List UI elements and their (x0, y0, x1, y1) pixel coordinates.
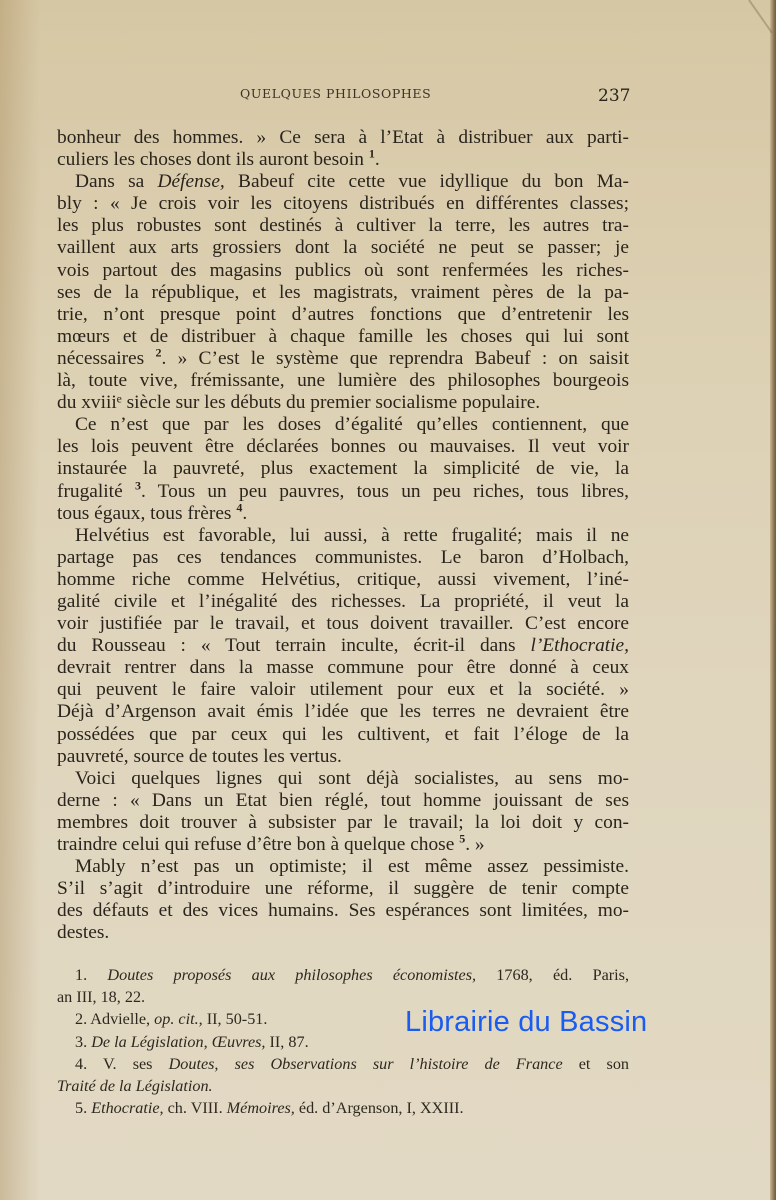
text-line: homme riche comme Helvétius, critique, a… (57, 569, 629, 591)
text-line: galité civile et l’inégalité des richess… (57, 591, 629, 613)
text-line: les plus robustes sont destinés à cultiv… (57, 215, 629, 237)
text-line: partage pas ces tendances communistes. L… (57, 547, 629, 569)
text-line: trie, n’ont presque point d’autres fonct… (57, 304, 629, 326)
text-line: frugalité 3. Tous un peu pauvres, tous u… (57, 481, 629, 503)
text-line: là, toute vive, frémissante, une lumière… (57, 370, 629, 392)
paragraph-start: Helvétius est favorable, lui aussi, à re… (57, 525, 629, 547)
text-line: possédées que par ceux qui les cultivent… (57, 724, 629, 746)
text-line: voir justifiée par le travail, et tous d… (57, 613, 629, 635)
text-line: bly : « Je crois voir les citoyens distr… (57, 193, 629, 215)
text-line: ses de la république, et les magistrats,… (57, 282, 629, 304)
text-line: qui peuvent le faire valoir utilement po… (57, 679, 629, 701)
footnotes: 1. Doutes proposés aux philosophes écono… (57, 964, 629, 1119)
paragraph-start: Dans sa Défense, Babeuf cite cette vue i… (57, 171, 629, 193)
text-line: pauvreté, source de toutes les vertus. (57, 746, 629, 768)
text-line: bonheur des hommes. » Ce sera à l’Etat à… (57, 127, 629, 149)
text-line: des défauts et des vices humains. Ses es… (57, 900, 629, 922)
paragraph-start: Mably n’est pas un optimiste; il est mêm… (57, 856, 629, 878)
footnote-1: 1. Doutes proposés aux philosophes écono… (57, 964, 629, 986)
text-line: tous égaux, tous frères 4. (57, 503, 629, 525)
paragraph-start: Ce n’est que par les doses d’égalité qu’… (57, 414, 629, 436)
text-line: mœurs et de distribuer à chaque famille … (57, 326, 629, 348)
text-line: Déjà d’Argenson avait émis l’idée que le… (57, 701, 629, 723)
text-line: traindre celui qui refuse d’être bon à q… (57, 834, 629, 856)
footnote-4-cont: Traité de la Législation. (57, 1075, 629, 1097)
text-line: destes. (57, 922, 629, 944)
text-line: nécessaires 2. » C’est le système que re… (57, 348, 629, 370)
text-line: vaillent aux arts grossiers dont la soci… (57, 237, 629, 259)
body-text: bonheur des hommes. » Ce sera à l’Etat à… (57, 127, 629, 944)
text-line: du Rousseau : « Tout terrain inculte, éc… (57, 635, 629, 657)
text-line: du xviiiᵉ siècle sur les débuts du premi… (57, 392, 629, 414)
text-line: S’il s’agit d’introduire une réforme, il… (57, 878, 629, 900)
text-line: culiers les choses dont ils auront besoi… (57, 149, 629, 171)
footnote-5: 5. Ethocratie, ch. VIII. Mémoires, éd. d… (57, 1097, 629, 1119)
watermark: Librairie du Bassin (405, 1006, 647, 1039)
book-page: QUELQUES PHILOSOPHES 237 bonheur des hom… (0, 0, 776, 1200)
text-line: vois partout des magasins publics où son… (57, 260, 629, 282)
text-line: derne : « Dans un Etat bien réglé, tout … (57, 790, 629, 812)
paragraph-start: Voici quelques lignes qui sont déjà soci… (57, 768, 629, 790)
text-line: les lois peuvent être déclarées bonnes o… (57, 436, 629, 458)
footnote-4: 4. V. ses Doutes, ses Observations sur l… (57, 1053, 629, 1075)
page-edge (770, 0, 776, 1200)
text-line: instaurée la pauvreté, plus exactement l… (57, 458, 629, 480)
text-line: devrait rentrer dans la masse commune po… (57, 657, 629, 679)
page-number: 237 (598, 86, 630, 106)
running-head: QUELQUES PHILOSOPHES (240, 86, 431, 101)
text-line: membres doit trouver à subsister par le … (57, 812, 629, 834)
